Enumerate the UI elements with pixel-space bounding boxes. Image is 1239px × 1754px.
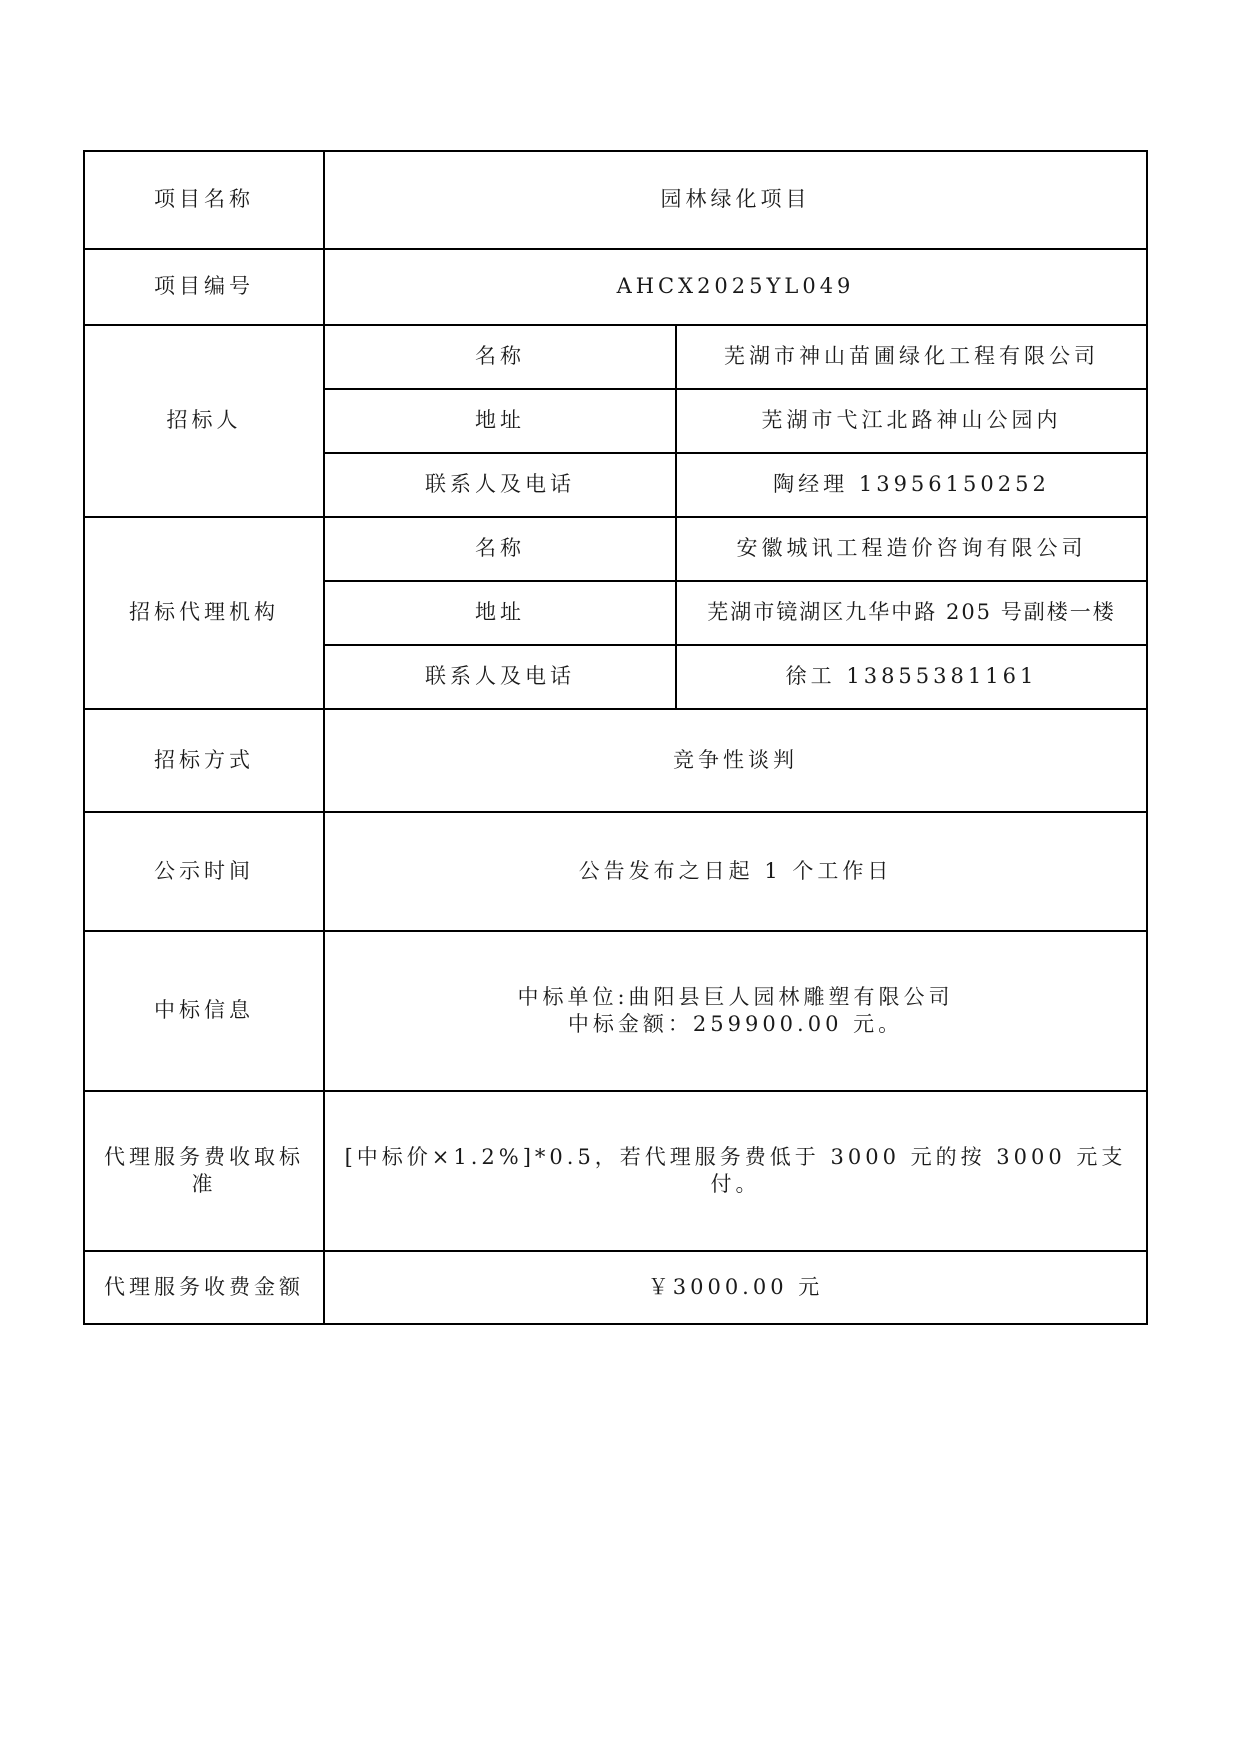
fee-standard-value: [中标价×1.2%]*0.5，若代理服务费低于 3000 元的按 3000 元支… <box>324 1091 1147 1251</box>
row-fee-standard: 代理服务费收取标准 [中标价×1.2%]*0.5，若代理服务费低于 3000 元… <box>84 1091 1147 1251</box>
project-name-label: 项目名称 <box>84 151 324 249</box>
row-publicity-period: 公示时间 公告发布之日起 1 个工作日 <box>84 812 1147 931</box>
project-number-value: AHCX2025YL049 <box>324 249 1147 325</box>
row-agency-name: 招标代理机构 名称 安徽城讯工程造价咨询有限公司 <box>84 517 1147 581</box>
tenderer-label: 招标人 <box>84 325 324 517</box>
winning-amount-text: 中标金额：259900.00 元。 <box>333 1011 1138 1038</box>
project-number-label: 项目编号 <box>84 249 324 325</box>
agency-contact-label: 联系人及电话 <box>324 645 676 709</box>
agency-name-value: 安徽城讯工程造价咨询有限公司 <box>676 517 1147 581</box>
row-tenderer-name: 招标人 名称 芜湖市神山苗圃绿化工程有限公司 <box>84 325 1147 389</box>
row-project-name: 项目名称 园林绿化项目 <box>84 151 1147 249</box>
tenderer-name-label: 名称 <box>324 325 676 389</box>
fee-amount-value: ￥3000.00 元 <box>324 1251 1147 1324</box>
row-winning-info: 中标信息 中标单位:曲阳县巨人园林雕塑有限公司 中标金额：259900.00 元… <box>84 931 1147 1091</box>
project-name-value: 园林绿化项目 <box>324 151 1147 249</box>
result-notice-table: 项目名称 园林绿化项目 项目编号 AHCX2025YL049 招标人 名称 芜湖… <box>83 150 1148 1325</box>
agency-contact-value: 徐工 13855381161 <box>676 645 1147 709</box>
fee-standard-label: 代理服务费收取标准 <box>84 1091 324 1251</box>
winning-unit-text: 中标单位:曲阳县巨人园林雕塑有限公司 <box>333 984 1138 1011</box>
tender-method-value: 竞争性谈判 <box>324 709 1147 812</box>
tenderer-address-label: 地址 <box>324 389 676 453</box>
row-project-number: 项目编号 AHCX2025YL049 <box>84 249 1147 325</box>
row-tender-method: 招标方式 竞争性谈判 <box>84 709 1147 812</box>
tenderer-name-value: 芜湖市神山苗圃绿化工程有限公司 <box>676 325 1147 389</box>
tenderer-contact-value: 陶经理 13956150252 <box>676 453 1147 517</box>
fee-amount-label: 代理服务收费金额 <box>84 1251 324 1324</box>
tenderer-address-value: 芜湖市弋江北路神山公园内 <box>676 389 1147 453</box>
agency-address-label: 地址 <box>324 581 676 645</box>
tenderer-contact-label: 联系人及电话 <box>324 453 676 517</box>
agency-label: 招标代理机构 <box>84 517 324 709</box>
row-fee-amount: 代理服务收费金额 ￥3000.00 元 <box>84 1251 1147 1324</box>
agency-address-value: 芜湖市镜湖区九华中路 205 号副楼一楼 <box>676 581 1147 645</box>
publicity-period-value: 公告发布之日起 1 个工作日 <box>324 812 1147 931</box>
winning-info-label: 中标信息 <box>84 931 324 1091</box>
tender-method-label: 招标方式 <box>84 709 324 812</box>
agency-name-label: 名称 <box>324 517 676 581</box>
winning-info-value: 中标单位:曲阳县巨人园林雕塑有限公司 中标金额：259900.00 元。 <box>324 931 1147 1091</box>
publicity-period-label: 公示时间 <box>84 812 324 931</box>
